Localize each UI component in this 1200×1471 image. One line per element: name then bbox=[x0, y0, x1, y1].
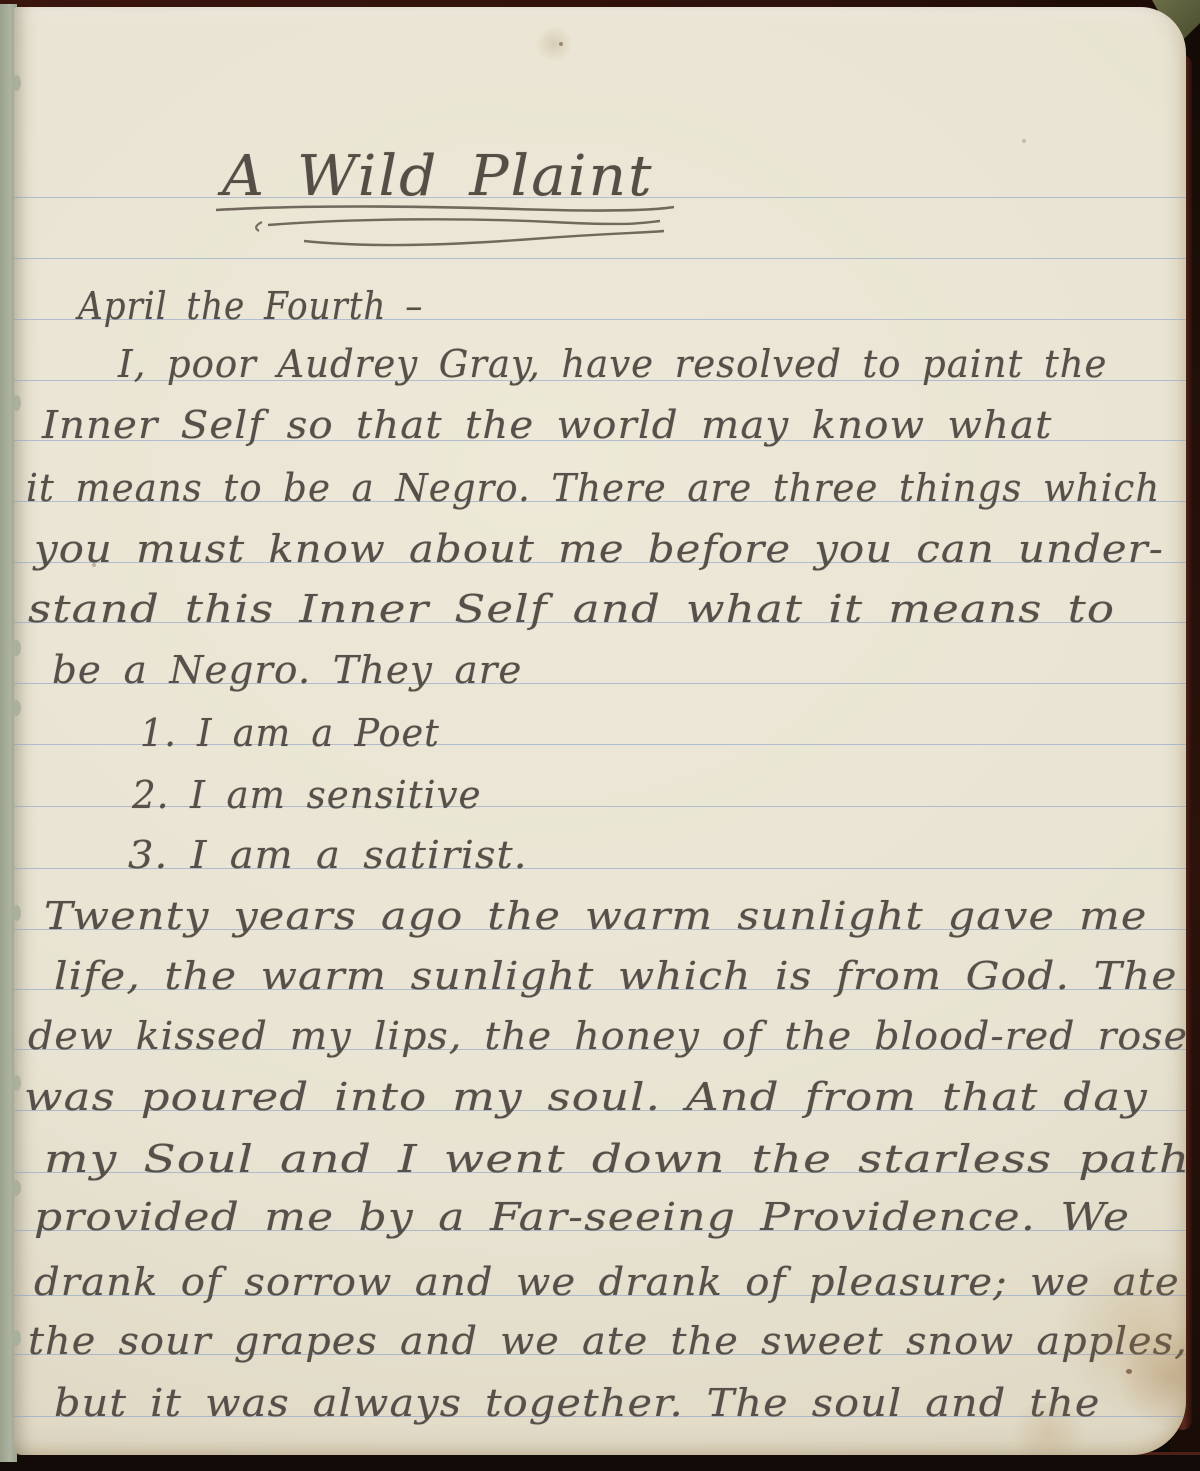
handwriting-line: was poured into my soul. And from that d… bbox=[24, 1068, 1148, 1126]
handwriting-line: be a Negro. They are bbox=[52, 641, 522, 699]
paper-speckle bbox=[1126, 1369, 1132, 1374]
handwriting-line: my Soul and I went down the starless pat… bbox=[44, 1130, 1186, 1188]
page-deckle-notch bbox=[12, 1330, 21, 1346]
handwriting-line: dew kissed my lips, the honey of the blo… bbox=[28, 1007, 1186, 1065]
scanned-notebook: A Wild Plaint April the Fourth –I, poor … bbox=[0, 0, 1200, 1471]
paper-speckle bbox=[1022, 139, 1026, 143]
page-deckle-notch bbox=[12, 640, 21, 656]
handwriting-line: provided me by a Far-seeing Providence. … bbox=[34, 1188, 1130, 1246]
title-underline bbox=[210, 200, 682, 252]
page-deckle-notch bbox=[12, 75, 21, 91]
handwriting-line: Twenty years ago the warm sunlight gave … bbox=[44, 887, 1147, 945]
handwriting-line: Inner Self so that the world may know wh… bbox=[42, 396, 1052, 454]
handwriting-line: it means to be a Negro. There are three … bbox=[26, 459, 1160, 517]
page-deckle-notch bbox=[12, 1180, 21, 1196]
paper-stain bbox=[534, 27, 574, 61]
handwriting-line: you must know about me before you can un… bbox=[34, 520, 1164, 578]
handwriting-line: but it was always together. The soul and… bbox=[54, 1374, 1100, 1432]
handwriting-line: life, the warm sunlight which is from Go… bbox=[54, 947, 1178, 1005]
paper-speckle bbox=[559, 42, 563, 46]
page-deckle-notch bbox=[12, 1075, 21, 1091]
page-deckle-notch bbox=[12, 905, 21, 921]
handwriting-line: drank of sorrow and we drank of pleasure… bbox=[34, 1253, 1180, 1311]
page-deckle-notch bbox=[12, 700, 21, 716]
page-deckle-notch bbox=[12, 395, 21, 411]
handwriting-line: I, poor Audrey Gray, have resolved to pa… bbox=[118, 335, 1107, 393]
handwriting-line: the sour grapes and we ate the sweet sno… bbox=[28, 1312, 1186, 1370]
handwriting-line: 2. I am sensitive bbox=[132, 766, 482, 824]
paper-speckle bbox=[92, 563, 96, 567]
handwriting-line: 3. I am a satirist. bbox=[128, 826, 528, 884]
ruled-line bbox=[14, 258, 1186, 259]
journal-page: A Wild Plaint April the Fourth –I, poor … bbox=[14, 7, 1186, 1455]
handwriting-line: April the Fourth – bbox=[78, 277, 423, 335]
handwriting-line: 1. I am a Poet bbox=[140, 704, 440, 762]
handwriting-line: stand this Inner Self and what it means … bbox=[28, 580, 1115, 638]
